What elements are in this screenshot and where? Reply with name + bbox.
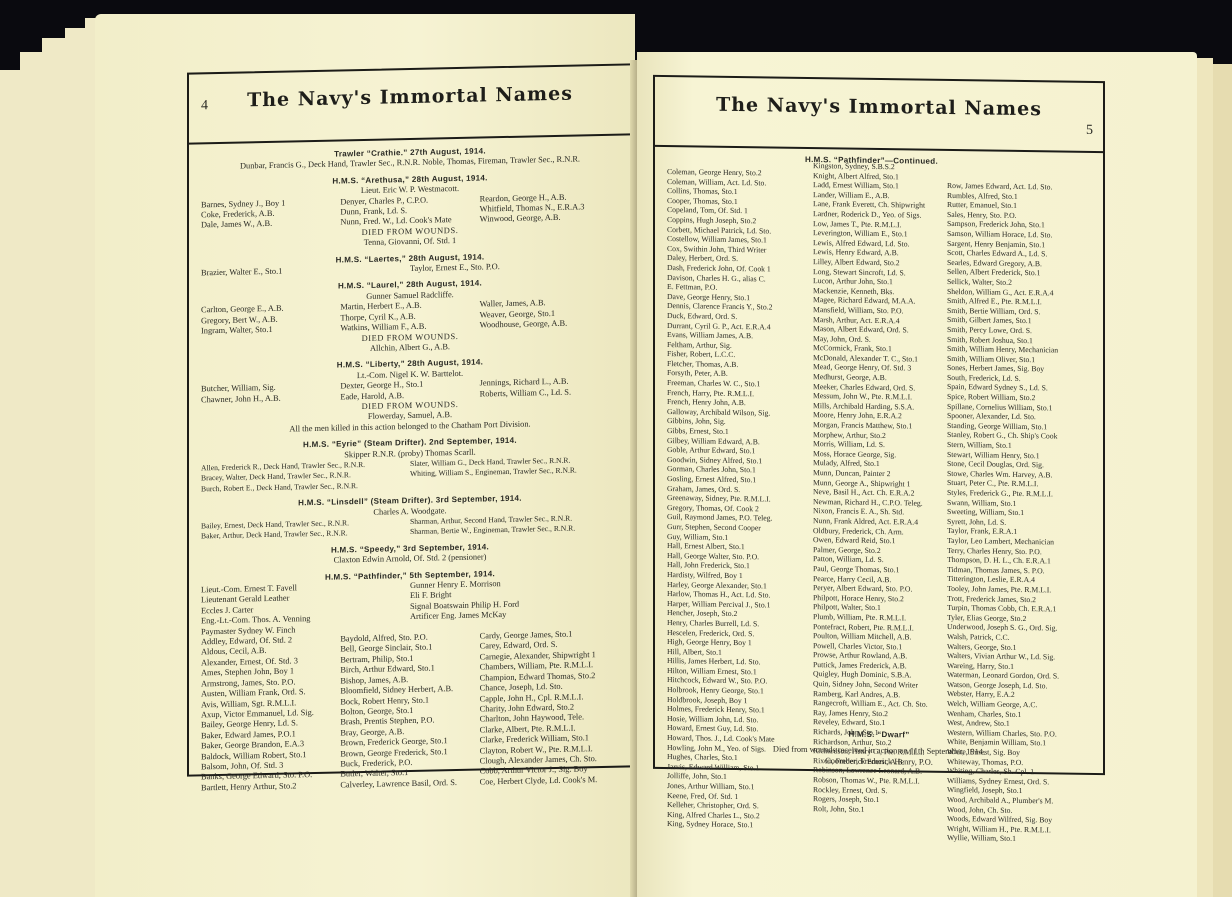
name-column: Barnes, Sydney J., Boy 1Coke, Frederick,… [201, 197, 340, 231]
section-heading: H.M.S. “Dwarf” [655, 727, 1103, 744]
name-column: Waller, James, A.B.Weaver, George, Sto.1… [480, 297, 619, 331]
name-column: Allen, Frederick R., Deck Hand, Trawler … [201, 459, 410, 495]
name-column-2: Kingston, Sydney, S.B.S.2Knight, Albert … [813, 161, 928, 815]
name-entry: Bartlett, Henry Arthur, Sto.2 [201, 780, 340, 793]
right-page-content: H.M.S. “Pathfinder”—Continued. Coleman, … [655, 149, 1103, 773]
section: H.M.S. “Speedy,” 3rd September, 1914.Cla… [201, 539, 619, 569]
name-entry: Coe, Herbert Clyde, Ld. Cook's M. [480, 774, 619, 787]
dwarf-section: H.M.S. “Dwarf” Died from wounds received… [655, 721, 1103, 770]
section: H.M.S. “Laertes,” 28th August, 1914.Braz… [201, 249, 619, 279]
name-column: Reardon, George H., A.B.Whitfield, Thoma… [480, 191, 619, 225]
name-columns: Addley, Edward, Of. Std. 2Aldous, Cecil,… [201, 629, 619, 794]
officer-block: Lieut.-Com. Ernest T. FavellLieutenant G… [201, 577, 619, 638]
running-title: The Navy's Immortal Names [189, 81, 631, 112]
name-column: Butcher, William, Sig.Chawner, John H., … [201, 382, 340, 406]
name-column: Martin, Herbert E., A.B.Thorpe, Cyril K.… [340, 300, 479, 334]
left-page: 4 The Navy's Immortal Names Trawler “Cra… [95, 14, 635, 897]
name-column: Baydold, Alfred, Sto. P.O.Bell, George S… [340, 632, 479, 791]
name-entry: King, Sydney Horace, Sto.1 [667, 819, 775, 830]
section: Trawler “Crathie.” 27th August, 1914.Dun… [201, 144, 619, 174]
name-column: Slater, William G., Deck Hand, Trawler S… [410, 455, 619, 491]
name-column: Cardy, George James, Sto.1Carey, Edward,… [480, 629, 619, 788]
section: H.M.S. “Laurel,” 28th August, 1914.Gunne… [201, 276, 619, 358]
page-number: 5 [1086, 123, 1093, 139]
left-page-frame: 4 The Navy's Immortal Names Trawler “Cra… [187, 63, 633, 776]
section: H.M.S. “Arethusa,” 28th August, 1914.Lie… [201, 170, 619, 252]
left-page-content: Trawler “Crathie.” 27th August, 1914.Dun… [189, 137, 631, 774]
officers-right: Gunner Henry E. MorrisonEli F. BrightSig… [410, 577, 619, 633]
name-column: Carlton, George E., A.B.Gregory, Bert W.… [201, 303, 340, 337]
section: H.M.S. “Liberty,” 28th August, 1914.Lt.-… [201, 355, 619, 437]
right-page-frame: The Navy's Immortal Names 5 H.M.S. “Path… [653, 75, 1105, 775]
name-column: Jennings, Richard L., A.B.Roberts, Willi… [480, 376, 619, 400]
name-entry: Rolt, John, Sto.1 [813, 804, 928, 815]
name-column: Denyer, Charles P., C.P.O.Dunn, Frank, L… [340, 194, 479, 228]
officers-left: Lieut.-Com. Ernest T. FavellLieutenant G… [201, 581, 410, 637]
section: H.M.S. “Eyrie” (Steam Drifter). 2nd Sept… [201, 434, 619, 495]
section: H.M.S. “Linsdell” (Steam Drifter). 3rd S… [201, 492, 619, 542]
right-page: The Navy's Immortal Names 5 H.M.S. “Path… [637, 52, 1197, 897]
left-page-header: 4 The Navy's Immortal Names [189, 65, 631, 144]
name-column: Dexter, George H., Sto.1Eade, Harold, A.… [340, 379, 479, 403]
running-title: The Navy's Immortal Names [655, 93, 1103, 121]
right-page-header: The Navy's Immortal Names 5 [655, 77, 1103, 153]
name-column: Addley, Edward, Of. Std. 2Aldous, Cecil,… [201, 635, 340, 794]
name-column: Bailey, Ernest, Deck Hand, Trawler Sec.,… [201, 517, 410, 542]
name-entry: Calverley, Lawrence Basil, Ord. S. [340, 777, 479, 790]
section: H.M.S. “Pathfinder,” 5th September, 1914… [201, 566, 619, 793]
name-entry: Wyllie, William, Sto.1 [947, 833, 1059, 844]
name-column: Sharman, Arthur, Second Hand, Trawler Se… [410, 513, 619, 538]
